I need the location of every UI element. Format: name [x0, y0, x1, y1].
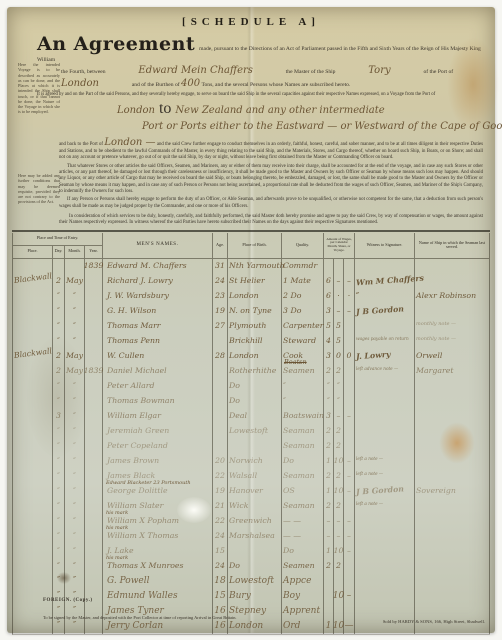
cell-name: W. Cullen [103, 349, 213, 364]
cell-day: 2 [53, 349, 65, 364]
cell-place [13, 484, 53, 499]
cell-month: ″ [65, 544, 85, 559]
cell-wage-shillings: – [334, 529, 344, 544]
clause-unqualified: If any Person or Persons shall hereby en… [59, 197, 483, 210]
crew-table-row: ″ ″ Jeremiah Green Lowestoft Seaman 2 2 [13, 424, 490, 439]
cell-quality: 2 Do [282, 289, 324, 304]
preamble-line-2: the Fourth, between Edward Mein Chaffers… [61, 64, 483, 77]
cell-age: 24 [213, 274, 228, 289]
cell-place: Blackwall [13, 349, 53, 364]
cell-wage-pence [344, 334, 355, 349]
cell-day: ″ [53, 454, 65, 469]
cell-place [13, 559, 53, 574]
margin-note-conditions: Here may be added any further conditions… [18, 173, 60, 205]
printed-text: and back to the Port of [59, 142, 103, 147]
cell-year [85, 334, 103, 349]
cell-month: ″ [65, 394, 85, 409]
cell-place [13, 454, 53, 469]
cell-wage-shillings: 2 [334, 364, 344, 379]
cell-wage-pence [344, 259, 355, 274]
cell-witness: Wm M Chaffers [355, 274, 415, 289]
voyage-destination-handwritten: New Zealand and any other intermediate [175, 105, 384, 116]
printed-text: to [159, 100, 171, 117]
cell-place [13, 409, 53, 424]
cell-place [13, 319, 53, 334]
cell-birth: Hanover [228, 484, 282, 499]
cell-age: 22 [213, 514, 228, 529]
crew-table-row: ″ ″ Edward Blacketer 23 Portsmouth Georg… [13, 484, 490, 499]
crew-table-row: 3 ″ William Elgar Deal Boatswain 3 – [13, 409, 490, 424]
cell-year [85, 319, 103, 334]
cell-last-ship [415, 274, 490, 289]
cell-day: ″ [53, 424, 65, 439]
ship-name-handwritten: Tory [368, 65, 390, 76]
cell-year [85, 349, 103, 364]
cell-last-ship [415, 529, 490, 544]
cell-birth: Norwich [228, 454, 282, 469]
crew-table-row: ″ ″ his mark William X Thomas 24 Marshal… [13, 529, 490, 544]
cell-month: ″ [65, 439, 85, 454]
cell-day: 3 [53, 409, 65, 424]
cell-quality: 3 Do [282, 304, 324, 319]
cell-last-ship: monthly note — [415, 319, 490, 334]
crew-table-row: Blackwall 2 May W. Cullen 28 London Cook… [13, 349, 490, 364]
cell-last-ship: Margaret [415, 364, 490, 379]
cell-age [213, 394, 228, 409]
back-port-handwritten: London — [104, 137, 155, 148]
crew-table-row: ″ ″ G. Powell 18 Lowestoft Appce [13, 574, 490, 589]
cell-name: Thomas Penn [103, 334, 213, 349]
crew-table-row: 1839 Edward M. Chaffers 31 Nth Yarmouth … [13, 259, 490, 274]
cell-wage-pounds: 3 [324, 409, 334, 424]
cell-wage-shillings: – [334, 304, 344, 319]
cell-witness [355, 544, 415, 559]
cell-place [13, 469, 53, 484]
cell-wage-shillings: · [334, 289, 344, 304]
burthen-handwritten: 400 [181, 78, 200, 89]
cell-name: Thomas Marr [103, 319, 213, 334]
cell-wage-pence: – [344, 469, 355, 484]
header-age: Age. [213, 233, 228, 258]
cell-wage-pence: – [344, 544, 355, 559]
cell-birth: Greenwich [228, 514, 282, 529]
cell-month: ″ [65, 469, 85, 484]
cell-birth: Walsall [228, 469, 282, 484]
cell-quality: Do [282, 544, 324, 559]
cell-witness: J. Lowry [355, 349, 415, 364]
voyage-from-handwritten: London [117, 105, 155, 116]
cell-day: ″ [53, 544, 65, 559]
cell-wage-pence [344, 559, 355, 574]
cell-year [85, 544, 103, 559]
footer-left: FOREIGN. (Copy.) To be signed by the Mas… [43, 588, 237, 624]
cell-birth: Marshalsea [228, 529, 282, 544]
cell-age: 19 [213, 484, 228, 499]
cell-name: Peter Copeland [103, 439, 213, 454]
cell-wage-shillings: 2 [334, 469, 344, 484]
cell-last-ship [415, 499, 490, 514]
cell-wage-pence [344, 379, 355, 394]
cell-quality: Seamen [282, 559, 324, 574]
cell-name: Jeremiah Green [103, 424, 213, 439]
cell-last-ship [415, 379, 490, 394]
cell-wage-pence: – [344, 304, 355, 319]
cell-quality: Carpenter [282, 319, 324, 334]
cell-month: ″ [65, 559, 85, 574]
crew-table-row: ″ ″ Thomas Bowman Do ″ ″ ″ [13, 394, 490, 409]
cell-month: ″ [65, 304, 85, 319]
cell-name: J. W. Wardsbury [103, 289, 213, 304]
cell-wage-shillings [334, 259, 344, 274]
cell-wage-pounds: ″ [324, 394, 334, 409]
cell-wage-shillings [334, 574, 344, 589]
cell-wage-pence [344, 574, 355, 589]
cell-wage-pounds: 3 [324, 304, 334, 319]
cell-wage-pounds: 2 [324, 559, 334, 574]
cell-wage-shillings: 2 [334, 439, 344, 454]
cell-place [13, 574, 53, 589]
cell-wage-pounds: 6 [324, 274, 334, 289]
cell-year [85, 424, 103, 439]
cell-year [85, 484, 103, 499]
cell-birth [228, 544, 282, 559]
crew-table-row: ″ ″ Peter Allard Do ″ ″ ″ [13, 379, 490, 394]
crew-table-row: 2 May 1839 Daniel Michael Rotherhithe Se… [13, 364, 490, 379]
cell-name: Peter Allard [103, 379, 213, 394]
cell-last-ship [415, 514, 490, 529]
cell-month: ″ [65, 319, 85, 334]
cell-place [13, 424, 53, 439]
agreement-clauses: and back to the Port of London — and the… [59, 136, 483, 210]
cell-witness [355, 439, 415, 454]
cell-wage-pounds: 1 [324, 544, 334, 559]
crew-table-row: ″ ″ James Brown 20 Norwich Do 1 10 [13, 454, 490, 469]
cell-wage-pence: – [344, 454, 355, 469]
cell-year [85, 409, 103, 424]
cell-name: Richard J. Lowry [103, 274, 213, 289]
cell-quality: Seaman [282, 499, 324, 514]
cell-wage-pounds: 4 [324, 334, 334, 349]
cell-wage-pounds: 2 [324, 364, 334, 379]
cell-month: ″ [65, 334, 85, 349]
cell-birth: Lowestoft [228, 574, 282, 589]
cell-wage-pounds: 2 [324, 439, 334, 454]
cell-witness [355, 409, 415, 424]
cell-last-ship [415, 439, 490, 454]
cell-witness [355, 379, 415, 394]
cell-witness [355, 424, 415, 439]
printed-text: the Master of the Ship [286, 69, 336, 75]
cell-place [13, 289, 53, 304]
header-mens-names: MEN'S NAMES. [103, 233, 213, 258]
cell-last-ship [415, 469, 490, 484]
printed-text: and of the Burthen of [132, 82, 180, 88]
cell-age [213, 364, 228, 379]
cell-place [13, 499, 53, 514]
cell-name: G. Powell [103, 574, 213, 589]
cell-month: May [65, 364, 85, 379]
cell-birth: Rotherhithe [228, 364, 282, 379]
crew-table-row: ″ ″ J. Lake 15 Do 1 10 – [13, 544, 490, 559]
cell-age: 18 [213, 574, 228, 589]
cell-year [85, 454, 103, 469]
crew-table-row: ″ ″ Thomas Penn Brickhill Steward 4 5 [13, 334, 490, 349]
schedule-title: [SCHEDULE A] [7, 16, 495, 28]
cell-birth: Do [228, 559, 282, 574]
cell-day: ″ [53, 379, 65, 394]
cell-name: his mark William X Thomas [103, 529, 213, 544]
cell-witness [355, 319, 415, 334]
cell-month: ″ [65, 514, 85, 529]
cell-witness: J B Gordon [355, 304, 415, 319]
cell-birth: Deal [228, 409, 282, 424]
cell-wage-shillings: ″ [334, 394, 344, 409]
cell-age: 28 [213, 349, 228, 364]
cell-quality: Seamen [282, 364, 324, 379]
document-paper: [SCHEDULE A] Here the intended Voyage is… [7, 7, 495, 633]
cell-name: Edward M. Chaffers [103, 259, 213, 274]
header-entry-group: Place and Time of Entry. [13, 233, 103, 246]
cell-wage-shillings: 5 [334, 319, 344, 334]
cell-wage-pounds: 1 [324, 454, 334, 469]
crew-table-row: ″ ″ J. W. Wardsbury 23 London 2 Do 6 · [13, 289, 490, 304]
cell-day: ″ [53, 529, 65, 544]
cell-quality: ″ [282, 394, 324, 409]
cell-wage-pounds [324, 259, 334, 274]
cell-year [85, 529, 103, 544]
cell-wage-pence [344, 394, 355, 409]
cell-day: ″ [53, 304, 65, 319]
cell-wage-shillings: 5 [334, 334, 344, 349]
cell-wage-shillings: – [334, 409, 344, 424]
cell-year [85, 559, 103, 574]
cell-wage-pence: – [344, 514, 355, 529]
cell-name: William Elgar [103, 409, 213, 424]
cell-quality: Cook Boatsn [282, 349, 324, 364]
cell-place [13, 304, 53, 319]
cell-birth: St Helier [228, 274, 282, 289]
cell-last-ship [415, 559, 490, 574]
printed-text: of the Port of [423, 69, 453, 75]
cell-age: 27 [213, 319, 228, 334]
cell-birth: Do [228, 394, 282, 409]
cell-wage-pence: · [344, 289, 355, 304]
cell-place [13, 364, 53, 379]
cell-quality: Appce [282, 574, 324, 589]
cell-place [13, 514, 53, 529]
cell-age: 15 [213, 544, 228, 559]
cell-day: ″ [53, 439, 65, 454]
cell-year [85, 439, 103, 454]
cell-quality: Seaman [282, 439, 324, 454]
cell-wage-pounds: – [324, 529, 334, 544]
cell-birth: Plymouth [228, 319, 282, 334]
cell-witness [355, 574, 415, 589]
cell-day: ″ [53, 499, 65, 514]
cell-year [85, 574, 103, 589]
crew-table-row: ″ ″ James Black 22 Walsall Seaman 2 2 [13, 469, 490, 484]
cell-last-ship: Orwell [415, 349, 490, 364]
cell-quality: Steward [282, 334, 324, 349]
cell-day: 2 [53, 364, 65, 379]
cell-day: ″ [53, 484, 65, 499]
document-footer: FOREIGN. (Copy.) To be signed by the Mas… [43, 588, 485, 624]
cell-name: G. H. Wilson [103, 304, 213, 319]
agreement-word: An Agreement [37, 33, 195, 55]
cell-last-ship [415, 574, 490, 589]
cell-age: 31 [213, 259, 228, 274]
cell-year [85, 469, 103, 484]
header-quality: Quality. [282, 233, 324, 258]
cell-quality: Seaman [282, 469, 324, 484]
cell-birth: Nth Yarmouth [228, 259, 282, 274]
cell-wage-shillings: – [334, 514, 344, 529]
crew-table-row: ″ ″ his mark William X Popham 22 Greenwi… [13, 514, 490, 529]
cell-wage-shillings: – [334, 274, 344, 289]
cell-day [53, 259, 65, 274]
cell-day: ″ [53, 514, 65, 529]
cell-age: 23 [213, 289, 228, 304]
cell-day: 2 [53, 274, 65, 289]
cell-wage-pence [344, 424, 355, 439]
cell-day: ″ [53, 394, 65, 409]
master-signing-note: To be signed by the Master, and deposite… [43, 615, 237, 620]
header-month: Month. [65, 246, 85, 258]
cell-year [85, 304, 103, 319]
preamble-line-3: London and of the Burthen of 400 Tons, a… [61, 77, 483, 90]
cell-witness [355, 559, 415, 574]
cell-year [85, 514, 103, 529]
cell-day: ″ [53, 289, 65, 304]
crew-table-row: ″ ″ his mark Thomas X Munroes 24 Do Seam… [13, 559, 490, 574]
cell-wage-pounds: 6 [324, 289, 334, 304]
foreign-copy-label: FOREIGN. (Copy.) [43, 598, 93, 603]
cell-last-ship [415, 424, 490, 439]
cell-place: Blackwall [13, 274, 53, 289]
cell-witness [355, 259, 415, 274]
cell-wage-shillings: 10 [334, 454, 344, 469]
cell-wage-pounds [324, 574, 334, 589]
cell-last-ship: monthly note — [415, 334, 490, 349]
cell-month: ″ [65, 289, 85, 304]
cell-year: 1839 [85, 364, 103, 379]
cell-last-ship: Alexr Robinson [415, 289, 490, 304]
scanned-document-page: { "page": { "ink_color": "#39332a", "han… [0, 0, 502, 640]
cell-month: May [65, 349, 85, 364]
cell-witness [355, 529, 415, 544]
cell-day: ″ [53, 469, 65, 484]
crew-table-header: Place and Time of Entry. Place. Day. Mon… [12, 233, 490, 259]
cell-wage-pounds: 2 [324, 469, 334, 484]
cell-birth: London [228, 349, 282, 364]
cell-quality: ″ [282, 379, 324, 394]
cell-age [213, 379, 228, 394]
cell-wage-shillings: 10 [334, 484, 344, 499]
cell-month: ″ [65, 499, 85, 514]
cell-last-ship: Sovereign [415, 484, 490, 499]
cell-place [13, 379, 53, 394]
cell-name: Edward Blacketer 23 Portsmouth George Do… [103, 484, 213, 499]
cell-age: 21 [213, 499, 228, 514]
cell-name: Daniel Michael [103, 364, 213, 379]
cell-witness [355, 394, 415, 409]
cell-month: ″ [65, 484, 85, 499]
cell-age: 20 [213, 454, 228, 469]
master-name-handwritten: Edward Mein Chaffers [138, 65, 253, 76]
cell-place [13, 439, 53, 454]
printer-imprint: Sold by HARDY & SONS, 166, High Street, … [383, 619, 485, 624]
crew-table-row: Blackwall 2 May Richard J. Lowry 24 St H… [13, 274, 490, 289]
cell-quality: 1 Mate [282, 274, 324, 289]
cell-month: ″ [65, 454, 85, 469]
cell-last-ship [415, 454, 490, 469]
cell-wage-pence [344, 364, 355, 379]
cell-quality: Commdr [282, 259, 324, 274]
cell-age: 22 [213, 469, 228, 484]
cell-wage-pence [344, 499, 355, 514]
cell-last-ship [415, 304, 490, 319]
cell-year [85, 289, 103, 304]
engagement-clause: It is agreed by and on the Part of the s… [37, 92, 483, 98]
cell-place [13, 394, 53, 409]
cell-birth: N. on Tyne [228, 304, 282, 319]
cell-day: ″ [53, 319, 65, 334]
cell-wage-pounds: 2 [324, 499, 334, 514]
cell-name: James Brown [103, 454, 213, 469]
cell-month [65, 259, 85, 274]
cell-wage-pounds: 2 [324, 424, 334, 439]
cell-wage-pence: 0 [344, 349, 355, 364]
header-witness: Witness to Signature. [355, 233, 415, 258]
cell-age [213, 424, 228, 439]
consideration-clause: In consideration of which services to be… [59, 214, 483, 227]
cell-wage-shillings: 2 [334, 424, 344, 439]
clause-crew-conduct: and back to the Port of London — and the… [59, 136, 483, 162]
crew-table-row: ″ ″ William Slater 21 Wick Seaman 2 2 [13, 499, 490, 514]
cell-birth: Lowestoft [228, 424, 282, 439]
crew-table-body: 1839 Edward M. Chaffers 31 Nth Yarmouth … [12, 259, 490, 635]
cell-day: ″ [53, 334, 65, 349]
header-place-of-birth: Place of Birth. [228, 233, 282, 258]
crew-table-row: ″ ″ Peter Copeland Seaman 2 2 [13, 439, 490, 454]
cell-wage-pence: – [344, 484, 355, 499]
cell-witness: wages payable on return [355, 334, 415, 349]
cell-age [213, 334, 228, 349]
cell-wage-pounds: 1 [324, 484, 334, 499]
cell-age: 24 [213, 559, 228, 574]
cell-birth: Wick [228, 499, 282, 514]
cell-age: 24 [213, 529, 228, 544]
cell-age [213, 409, 228, 424]
cell-quality: — — [282, 529, 324, 544]
cell-wage-pence: – [344, 529, 355, 544]
printed-text: Tons, and the several Persons whose Name… [201, 82, 350, 88]
cell-quality: Seaman [282, 424, 324, 439]
cell-day: ″ [53, 559, 65, 574]
cell-wage-pence [344, 439, 355, 454]
cell-quality: Boatswain [282, 409, 324, 424]
cell-witness [355, 514, 415, 529]
cell-last-ship [415, 409, 490, 424]
voyage-line-2-handwritten: Port or Ports either to the Eastward — o… [142, 120, 483, 133]
cell-wage-pounds: 5 [324, 319, 334, 334]
cell-month: May [65, 274, 85, 289]
cell-month: ″ [65, 409, 85, 424]
margin-note-voyage: Here the intended Voyage is to be descri… [18, 62, 60, 115]
cell-month: ″ [65, 574, 85, 589]
cell-wage-pounds: 3 [324, 349, 334, 364]
header-day: Day. [53, 246, 65, 258]
